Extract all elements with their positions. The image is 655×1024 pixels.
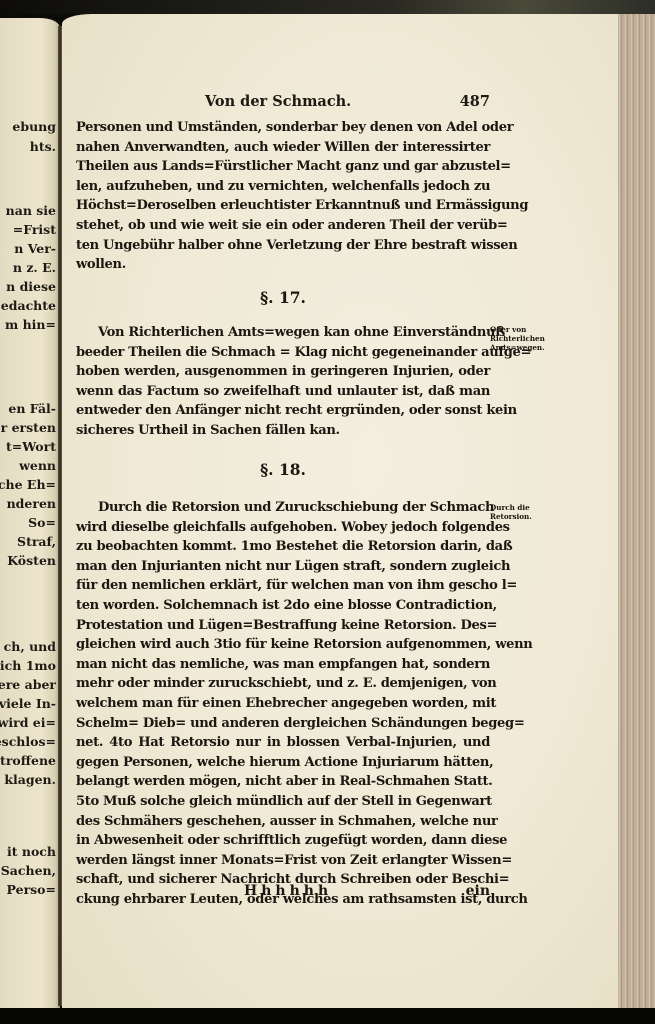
text-line: Theilen aus Lands=Fürstlicher Macht ganz…	[76, 157, 490, 177]
left-page-fragment: n diese	[6, 277, 56, 296]
text-line: belangt werden mögen, nicht aber in Real…	[76, 772, 490, 792]
left-page-fragment: hts.	[30, 137, 56, 156]
left-page-fragment: viele In-	[0, 694, 56, 713]
left-page-fragment: wird ei=	[0, 713, 56, 732]
text-line: wird dieselbe gleichfalls aufgehoben. Wo…	[76, 518, 490, 538]
left-page-fragment: edachte	[1, 296, 56, 315]
running-head: Von der Schmach.	[205, 93, 351, 110]
text-line: len, aufzuheben, und zu vernichten, welc…	[76, 177, 490, 197]
marginal-note-18: Durch dieRetorsion.	[490, 503, 532, 521]
left-page-fragment: nderen	[7, 494, 56, 513]
text-line: mehr oder minder zuruckschiebt, und z. E…	[76, 674, 490, 694]
text-line: werden längst inner Monats=Frist von Zei…	[76, 851, 490, 871]
left-page-fragment: lich 1mo	[0, 656, 56, 675]
page-header: Von der Schmach. 487	[205, 93, 490, 113]
text-line: in Abwesenheit oder schrifftlich zugefüg…	[76, 831, 490, 851]
text-line: Höchst=Deroselben erleuchtister Erkanntn…	[76, 196, 490, 216]
left-page-fragment: =Frist	[13, 220, 56, 239]
catchword: ein	[466, 883, 490, 899]
left-page-fragment: Perso=	[7, 880, 56, 899]
left-page-fragment: ch, und	[4, 637, 56, 656]
text-line: Personen und Umständen, sonderbar bey de…	[76, 118, 490, 138]
text-line: nahen Anverwandten, auch wieder Willen d…	[76, 138, 490, 158]
left-page-fragment: Straf,	[17, 532, 56, 551]
left-page-fragment: ere aber	[0, 675, 56, 694]
marginal-note-line: Richterlichen	[490, 334, 545, 343]
text-line: hoben werden, ausgenommen in geringeren …	[76, 362, 490, 382]
section-heading-17: §. 17.	[76, 288, 490, 307]
text-line: für den nemlichen erklärt, für welchen m…	[76, 576, 490, 596]
left-page-fragment: klagen.	[4, 770, 56, 789]
section-17-paragraph: Von Richterlichen Amts=wegen kan ohne Ei…	[76, 323, 490, 441]
text-line: man nicht das nemliche, was man empfange…	[76, 655, 490, 675]
text-line: sicheres Urtheil in Sachen fällen kan.	[76, 421, 490, 441]
left-page-fragment: n Ver-	[14, 239, 56, 258]
left-page-fragment: geschlos=	[0, 732, 56, 751]
text-line: gleichen wird auch 3tio für keine Retors…	[76, 635, 490, 655]
left-page-fragment: Sachen,	[1, 861, 56, 880]
left-page-fragment: n z. E.	[13, 258, 56, 277]
left-page-fragment: ebung	[12, 117, 56, 136]
text-line: zu beobachten kommt. 1mo Bestehet die Re…	[76, 537, 490, 557]
marginal-note-line: Durch die	[490, 503, 532, 512]
marginal-note-line: Amts=wegen.	[490, 343, 545, 352]
text-line: Von Richterlichen Amts=wegen kan ohne Ei…	[76, 323, 490, 343]
page-number: 487	[460, 93, 490, 110]
text-line: wollen.	[76, 255, 490, 275]
text-line: Protestation und Lügen=Bestraffung keine…	[76, 616, 490, 636]
scan-bottom-border	[0, 1008, 655, 1024]
text-line: ten Ungebühr halber ohne Verletzung der …	[76, 236, 490, 256]
marginal-note-line: Retorsion.	[490, 512, 532, 521]
text-line: net. 4to Hat Retorsio nur in blossen Ver…	[76, 733, 490, 753]
text-line: Schelm= Dieb= und anderen dergleichen Sc…	[76, 714, 490, 734]
marginal-note-17: Oder vonRichterlichenAmts=wegen.	[490, 325, 545, 352]
left-page-fragment: nan sie	[6, 201, 56, 220]
left-page: ebunghts.nan sie=Fristn Ver-n z. E.n die…	[0, 18, 60, 1008]
text-line: 5to Muß solche gleich mündlich auf der S…	[76, 792, 490, 812]
left-page-fragment: r ersten	[1, 418, 56, 437]
text-line: man den Injurianten nicht nur Lügen stra…	[76, 557, 490, 577]
marginal-note-line: Oder von	[490, 325, 545, 334]
text-line: ten worden. Solchemnach ist 2do eine blo…	[76, 596, 490, 616]
text-line: stehet, ob und wie weit sie ein oder and…	[76, 216, 490, 236]
page-edges	[618, 14, 655, 1009]
left-page-fragment: t=Wort	[6, 437, 56, 456]
left-page-fragment: wenn	[19, 456, 56, 475]
left-page-text-fragments: ebunghts.nan sie=Fristn Ver-n z. E.n die…	[0, 18, 56, 1008]
section-heading-18: §. 18.	[76, 460, 490, 479]
left-page-fragment: m hin=	[5, 315, 56, 334]
text-line: wenn das Factum so zweifelhaft und unlau…	[76, 382, 490, 402]
text-line: Durch die Retorsion und Zuruckschiebung …	[76, 498, 490, 518]
left-page-fragment: So=	[28, 513, 56, 532]
left-page-fragment: che Eh=	[0, 475, 56, 494]
left-page-fragment: it noch	[7, 842, 56, 861]
left-page-fragment: Kösten	[7, 551, 56, 570]
text-line: welchem man für einen Ehebrecher angegeb…	[76, 694, 490, 714]
text-line: des Schmähers geschehen, ausser in Schma…	[76, 812, 490, 832]
text-line: gegen Personen, welche hierum Actione In…	[76, 753, 490, 773]
signature-mark: Hhhhhh	[244, 883, 332, 899]
left-page-fragment: en Fäl-	[8, 399, 56, 418]
left-page-fragment: etroffene	[0, 751, 56, 770]
text-line: beeder Theilen die Schmach = Klag nicht …	[76, 343, 490, 363]
section-18-paragraph: Durch die Retorsion und Zuruckschiebung …	[76, 498, 490, 909]
text-line: entweder den Anfänger nicht recht ergrün…	[76, 401, 490, 421]
scan-top-border	[0, 0, 655, 14]
intro-paragraph: Personen und Umständen, sonderbar bey de…	[76, 118, 490, 275]
